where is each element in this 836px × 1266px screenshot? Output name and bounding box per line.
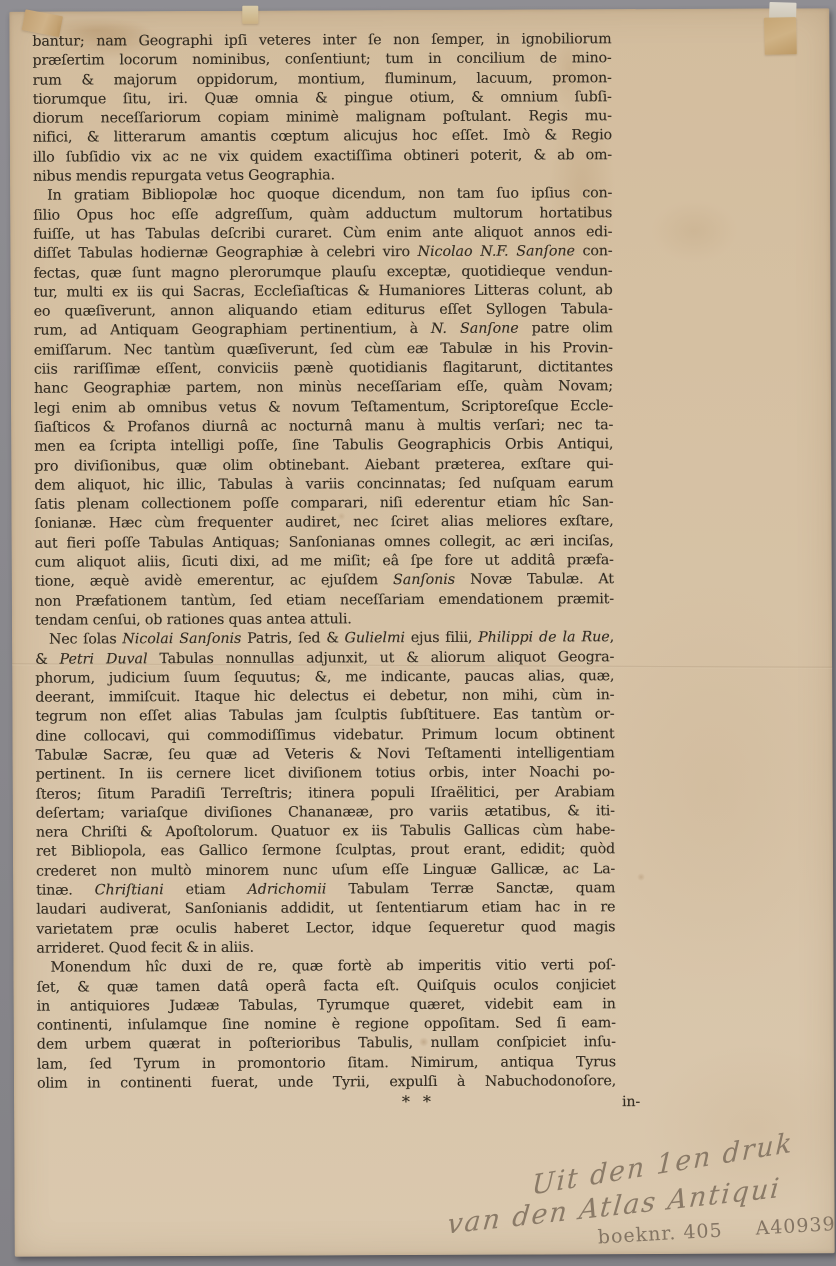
- text-line: præſertim locorum nominibus, conſentiunt…: [32, 49, 611, 71]
- text-line: ſet, & quæ tamen datâ operâ facta eſt. Q…: [37, 976, 616, 998]
- text-line: pertinent. In iis cernere licet diviſion…: [36, 763, 615, 785]
- text-line: ſilio Opus hoc eſſe adgreſſum, quàm addu…: [33, 204, 612, 226]
- text-line: tegrum non eſſet alias Tabulas jam ſculp…: [35, 706, 614, 728]
- text-line: nifici, & litterarum amantis cœptum alic…: [33, 127, 612, 149]
- text-line: rum & majorum oppidorum, montium, flumin…: [33, 69, 612, 91]
- text-line: tendam cenſui, ob rationes quas antea at…: [35, 609, 614, 631]
- text-line: pro diviſionibus, quæ olim obtinebant. A…: [34, 455, 613, 477]
- text-line: arrideret. Quod fecit & in aliis.: [36, 937, 615, 959]
- text-line: lam, ſed Tyrum in promontorio ſitam. Nim…: [37, 1053, 616, 1075]
- text-line: dine collocavi, qui commodiſſimus videba…: [35, 725, 614, 747]
- text-line: tiorumque ſitu, iri. Quæ omnia & pingue …: [33, 88, 612, 110]
- text-line: laudari audiverat, Sanſonianis addidit, …: [36, 899, 615, 921]
- text-line: dem aliquot, hic illic, Tabulas à variis…: [34, 474, 613, 496]
- paragraph: In gratiam Bibliopolæ hoc quoque dicendu…: [33, 185, 614, 631]
- text-line: non Præfationem tantùm, ſed etiam neceſſ…: [35, 590, 614, 612]
- signature-line: * *in-: [37, 1091, 616, 1113]
- tape-remnant-right-icon: [764, 17, 797, 55]
- text-line: cum aliquot aliis, ſicuti dixi, ad me mi…: [35, 551, 614, 573]
- text-line: aut fieri poſſe Tabulas Antiquas; Sanſon…: [35, 532, 614, 554]
- text-line: diſſet Tabulas hodiernæ Geographiæ à cel…: [33, 242, 612, 264]
- text-line: eo quæſiverunt, annon aliquando etiam ed…: [34, 300, 613, 322]
- signature-mark: * *: [402, 1092, 435, 1111]
- text-line: ſiaſticos & Profanos diurnâ ac nocturnâ …: [34, 416, 613, 438]
- text-line: continenti, inſulamque ſine nomine è reg…: [37, 1014, 616, 1036]
- text-line: fuiſſe, ut has Tabulas deſcribi curaret.…: [33, 223, 612, 245]
- text-line: dem urbem quærat in poſterioribus Tabuli…: [37, 1034, 616, 1056]
- text-line: illo ſubſidio vix ac ne vix quidem exact…: [33, 146, 612, 168]
- paragraph: Nec ſolas Nicolai Sanſonis Patris, ſed &…: [35, 628, 615, 959]
- text-line: tione, æquè avidè emerentur, ac ejuſdem …: [35, 570, 614, 592]
- text-line: emiſſarum. Nec tantùm quæſiverunt, ſed c…: [34, 339, 613, 361]
- text-line: nibus mendis repurgata vetus Geographia.: [33, 165, 612, 187]
- text-line: nera Chriſti & Apoſtolorum. Quatuor ex i…: [36, 821, 615, 843]
- text-line: ſatis plenam collectionem poſſe comparar…: [34, 493, 613, 515]
- text-line: ciis rariſſimæ eſſent, conviciis pænè qu…: [34, 358, 613, 380]
- text-line: fectas, quæ ſunt magno plerorumque plauſ…: [33, 262, 612, 284]
- scanner-background: bantur; nam Geographi ipſi veteres inter…: [0, 0, 836, 1266]
- text-line: Tabulæ Sacræ, ſeu quæ ad Veteris & Novi …: [35, 744, 614, 766]
- text-line: deerant, immiſcuit. Itaque hic delectus …: [35, 686, 614, 708]
- pencil-book-number: boeknr. 405: [597, 1219, 723, 1248]
- catchword: in-: [622, 1093, 640, 1112]
- text-line: rum, ad Antiquam Geographiam pertinentiu…: [34, 320, 613, 342]
- text-line: ſonianæ. Hæc cùm frequenter audiret, nec…: [34, 513, 613, 535]
- text-line: ſteros; ſitum Paradiſi Terreſtris; itine…: [36, 783, 615, 805]
- pencil-inventory-number: A40939-1/2: [755, 1211, 836, 1240]
- text-line: olim in continenti fuerat, unde Tyrii, e…: [37, 1072, 616, 1094]
- document-page: bantur; nam Geographi ipſi veteres inter…: [9, 8, 834, 1257]
- text-line: legi enim ab omnibus vetus & novum Teſta…: [34, 397, 613, 419]
- text-line: Nec ſolas Nicolai Sanſonis Patris, ſed &…: [35, 628, 614, 650]
- text-line: In gratiam Bibliopolæ hoc quoque dicendu…: [33, 185, 612, 207]
- text-line: ret Bibliopola, eas Gallico ſermone ſcul…: [36, 841, 615, 863]
- text-line: & Petri Duval Tabulas nonnullas adjunxit…: [35, 648, 614, 670]
- text-line: crederet non multò minorem nunc uſum eſſ…: [36, 860, 615, 882]
- text-line: diorum neceſſariorum copiam minimè malig…: [33, 107, 612, 129]
- text-line: in antiquiores Judææ Tabulas, Tyrumque q…: [37, 995, 616, 1017]
- text-line: deſertam; variaſque diviſiones Chananææ,…: [36, 802, 615, 824]
- text-line: tur, multi ex iis qui Sacras, Eccleſiaſt…: [33, 281, 612, 303]
- text-line: hanc Geographiæ partem, non minùs neceſſ…: [34, 378, 613, 400]
- text-line: bantur; nam Geographi ipſi veteres inter…: [32, 30, 611, 52]
- paragraph: bantur; nam Geographi ipſi veteres inter…: [32, 30, 612, 187]
- paragraph: Monendum hîc duxi de re, quæ fortè ab im…: [36, 956, 616, 1094]
- text-line: tinæ. Chriſtiani etiam Adrichomii Tabula…: [36, 879, 615, 901]
- text-line: men ea ſcripta intelligi poſſe, ſine Tab…: [34, 435, 613, 457]
- body-text: bantur; nam Geographi ipſi veteres inter…: [32, 30, 616, 1113]
- text-line: phorum, judicium ſuum ſequutus; &, me in…: [35, 667, 614, 689]
- tape-remnant-center-icon: [242, 6, 258, 24]
- text-line: varietatem præ oculis haberet Lector, id…: [36, 918, 615, 940]
- text-line: Monendum hîc duxi de re, quæ fortè ab im…: [36, 956, 615, 978]
